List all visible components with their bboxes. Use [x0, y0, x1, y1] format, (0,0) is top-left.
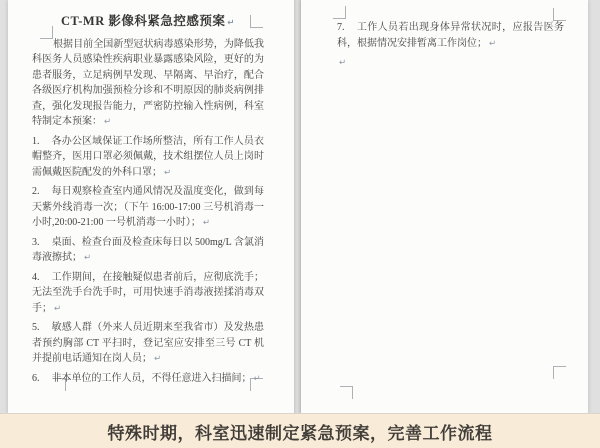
page1-items: 1.各办公区域保证工作场所整洁，所有工作人员衣帽整齐，医用口罩必须佩戴，技术组摆… — [32, 134, 264, 388]
paragraph-number: 1. — [32, 136, 52, 147]
margin-mark-bottom-right-icon — [553, 366, 566, 379]
paragraph-mark-icon: ↵ — [84, 253, 91, 263]
page2-content: 7.工作人员若出现身体异常状况时，应报告医务科，根据情况安排暂离工作岗位；↵ ↵ — [337, 20, 564, 72]
paragraph-mark-icon: ↵ — [164, 168, 171, 178]
paragraph-mark-icon: ↵ — [227, 18, 235, 28]
paragraph-number: 7. — [337, 22, 357, 33]
paragraph-text: 敏感人群（外来人员近期来至我省市）及发热患者预约胸部 CT 平扫时，登记室应安排… — [32, 322, 264, 364]
intro-paragraph-text: 根据目前全国新型冠状病毒感染形势，为降低我科医务人员感染性疾病职业暴露感染风险，… — [32, 39, 264, 128]
paragraph-text: 工作人员若出现身体异常状况时，应报告医务科，根据情况安排暂离工作岗位； — [337, 22, 564, 49]
caption-text: 特殊时期，科室迅速制定紧急预案，完善工作流程 — [108, 419, 493, 444]
document-title: CT-MR 影像科紧急控感预案↵ — [32, 14, 264, 32]
paragraph-text: 每日观察检查室内通风情况及温度变化，做到每天紫外线消毒一次；（下午 16:00-… — [32, 186, 264, 228]
paragraph-mark-icon: ↵ — [339, 58, 346, 68]
margin-mark-bottom-left-icon — [340, 386, 353, 399]
paragraph-text: 桌面、检查台面及检查床每日以 500mg/L 含氯消毒液擦拭； — [32, 237, 264, 264]
page2-items: 7.工作人员若出现身体异常状况时，应报告医务科，根据情况安排暂离工作岗位；↵ — [337, 20, 564, 52]
document-paragraph: 7.工作人员若出现身体异常状况时，应报告医务科，根据情况安排暂离工作岗位；↵ — [337, 20, 564, 52]
document-paragraph: 6.非本单位的工作人员，不得任意进入扫描间；↵ — [32, 371, 264, 388]
document-viewer: CT-MR 影像科紧急控感预案↵ 根据目前全国新型冠状病毒感染形势，为降低我科医… — [0, 0, 600, 414]
paragraph-number: 2. — [32, 186, 52, 197]
paragraph-text: 工作期间，在接触疑似患者前后，应彻底洗手；无法至洗手台洗手时，可用快速手消毒液搓… — [32, 272, 264, 314]
paragraph-number: 5. — [32, 322, 52, 333]
paragraph-mark-icon: ↵ — [154, 354, 161, 364]
paragraph-number: 4. — [32, 272, 52, 283]
page-gap-divider — [294, 0, 301, 414]
paragraph-mark-icon: ↵ — [203, 218, 210, 228]
document-paragraph: 1.各办公区域保证工作场所整洁，所有工作人员衣帽整齐，医用口罩必须佩戴，技术组摆… — [32, 134, 264, 182]
document-page-2: 7.工作人员若出现身体异常状况时，应报告医务科，根据情况安排暂离工作岗位；↵ ↵ — [301, 0, 588, 414]
page1-content: CT-MR 影像科紧急控感预案↵ 根据目前全国新型冠状病毒感染形势，为降低我科医… — [32, 14, 264, 390]
caption-bar: 特殊时期，科室迅速制定紧急预案，完善工作流程 — [0, 413, 600, 448]
document-paragraph: 5.敏感人群（外来人员近期来至我省市）及发热患者预约胸部 CT 平扫时，登记室应… — [32, 320, 264, 368]
paragraph-mark-icon: ↵ — [104, 117, 111, 127]
document-title-text: CT-MR 影像科紧急控感预案 — [61, 14, 225, 28]
paragraph-mark-icon: ↵ — [489, 39, 496, 49]
empty-paragraph: ↵ — [337, 55, 564, 72]
paragraph-mark-icon: ↵ — [254, 374, 261, 384]
paragraph-number: 6. — [32, 373, 52, 384]
paragraph-mark-icon: ↵ — [54, 304, 61, 314]
document-page-1: CT-MR 影像科紧急控感预案↵ 根据目前全国新型冠状病毒感染形势，为降低我科医… — [8, 0, 294, 414]
document-paragraph: 3.桌面、检查台面及检查床每日以 500mg/L 含氯消毒液擦拭；↵ — [32, 235, 264, 267]
screenshot-root: CT-MR 影像科紧急控感预案↵ 根据目前全国新型冠状病毒感染形势，为降低我科医… — [0, 0, 600, 448]
margin-mark-top-left-icon — [333, 6, 346, 19]
intro-paragraph: 根据目前全国新型冠状病毒感染形势，为降低我科医务人员感染性疾病职业暴露感染风险，… — [32, 37, 264, 131]
document-paragraph: 4.工作期间，在接触疑似患者前后，应彻底洗手；无法至洗手台洗手时，可用快速手消毒… — [32, 270, 264, 318]
paragraph-number: 3. — [32, 237, 52, 248]
document-paragraph: 2.每日观察检查室内通风情况及温度变化，做到每天紫外线消毒一次；（下午 16:0… — [32, 184, 264, 232]
paragraph-text: 非本单位的工作人员，不得任意进入扫描间； — [52, 373, 252, 384]
paragraph-text: 各办公区域保证工作场所整洁，所有工作人员衣帽整齐，医用口罩必须佩戴，技术组摆位人… — [32, 136, 264, 178]
